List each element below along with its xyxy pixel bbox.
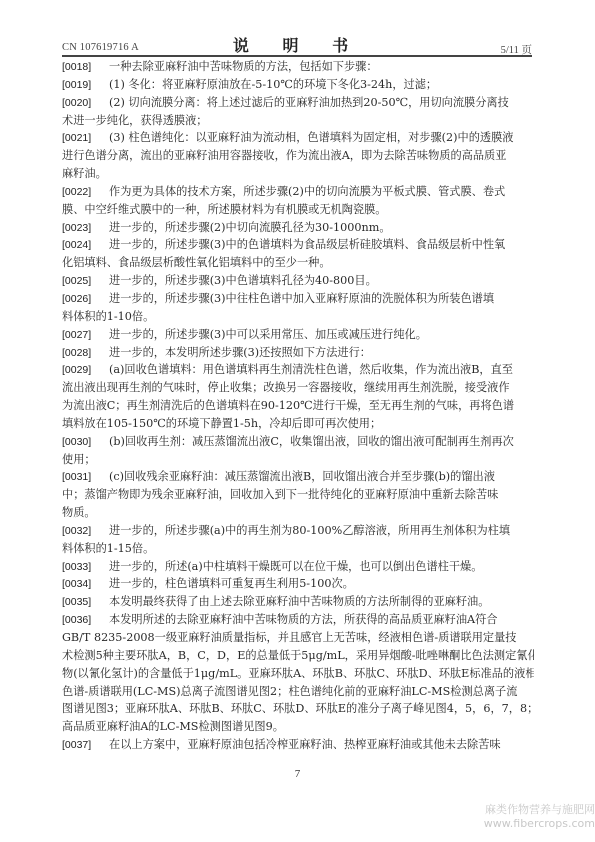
paragraph-text: 进行色谱分离，流出的亚麻籽油用容器接收，作为流出液A，即为去除苦味物质的高品质亚 [62,149,506,162]
paragraph-number: [0034] [62,576,109,593]
text-line: [0036]本发明所述的去除亚麻籽油中苦味物质的方法，所获得的高品质亚麻籽油A符… [62,611,534,629]
paragraph-text: 图谱见图3；亚麻环肽A、环肽B、环肽C、环肽D、环肽E的准分子离子峰见图4，5，… [62,702,534,715]
text-line: 化铝填料、食品级层析酸性氧化铝填料中的至少一种。 [62,254,534,272]
paragraph-number: [0021] [62,130,109,147]
paragraph-text: 流出液出现再生剂的气味时，停止收集；改换另一容器接收，继续用再生剂洗脱，接受液作 [62,381,510,394]
paragraph-text: GB/T 8235-2008一级亚麻籽油质量指标，并且感官上无苦味，经液相色谱-… [62,631,516,644]
paragraph-text: (1) 冬化：将亚麻籽原油放在-5-10℃的环境下冬化3-24h，过滤； [109,78,437,91]
paragraph-number: [0030] [62,434,109,451]
paragraph-number: [0026] [62,291,109,308]
paragraph-text: 本发明最终获得了由上述去除亚麻籽油中苦味物质的方法所制得的亚麻籽油。 [109,595,489,608]
paragraph-text: 中；蒸馏产物即为残余亚麻籽油，回收加入到下一批待纯化的亚麻籽原油中重新去除苦味 [62,488,498,501]
text-line: 膜、中空纤维式膜中的一种，所述膜材料为有机膜或无机陶瓷膜。 [62,201,534,219]
paragraph-text: 高品质亚麻籽油A的LC-MS检测图谱见图9。 [62,720,284,733]
paragraph-text: 为流出液C；再生剂清洗后的色谱填料在90-120℃进行干燥，至无再生剂的气味，再… [62,399,514,412]
paragraph-text: 进一步的，所述步骤(a)中的再生剂为80-100%乙醇溶液，所用再生剂体积为柱填 [109,524,510,537]
text-line: 使用； [62,451,534,469]
paragraph-text: 料体积的1-15倍。 [62,542,154,555]
paragraph-text: 术进一步纯化，获得透膜液； [62,114,207,127]
paragraph-number: [0031] [62,469,109,486]
text-line: 麻籽油。 [62,165,534,183]
text-line: [0018]一种去除亚麻籽油中苦味物质的方法，包括如下步骤： [62,58,534,76]
paragraph-number: [0028] [62,345,109,362]
page-number: 7 [0,768,595,780]
text-line: [0033]进一步的，所述(a)中柱填料干燥既可以在位干燥，也可以倒出色谱柱干燥… [62,558,534,576]
paragraph-text: 膜、中空纤维式膜中的一种，所述膜材料为有机膜或无机陶瓷膜。 [62,203,386,216]
text-line: 高品质亚麻籽油A的LC-MS检测图谱见图9。 [62,718,534,736]
paragraph-text: 进一步的，本发明所述步骤(3)还按照如下方法进行： [109,346,371,359]
text-line: [0023]进一步的，所述步骤(2)中切向流膜孔径为30-1000nm。 [62,219,534,237]
text-line: 物质。 [62,504,534,522]
paragraph-text: 进一步的，所述步骤(3)中色谱填料孔径为40-800目。 [109,274,377,287]
paragraph-number: [0018] [62,59,109,76]
text-line: GB/T 8235-2008一级亚麻籽油质量指标，并且感官上无苦味，经液相色谱-… [62,629,534,647]
paragraph-number: [0029] [62,362,109,379]
paragraph-number: [0036] [62,612,109,629]
text-line: 为流出液C；再生剂清洗后的色谱填料在90-120℃进行干燥，至无再生剂的气味，再… [62,397,534,415]
text-line: [0031](c)回收残余亚麻籽油：减压蒸馏流出液B，回收馏出液合并至步骤(b)… [62,468,534,486]
paragraph-number: [0033] [62,559,109,576]
paragraph-text: 进一步的，所述步骤(3)中往柱色谱中加入亚麻籽原油的洗脱体积为所装色谱填 [109,292,494,305]
paragraph-number: [0019] [62,77,109,94]
paragraph-number: [0024] [62,237,109,254]
text-line: 填料放在105-150℃的环境下静置1-5h，冷却后即可再次使用； [62,415,534,433]
text-line: 中；蒸馏产物即为残余亚麻籽油，回收加入到下一批待纯化的亚麻籽原油中重新去除苦味 [62,486,534,504]
text-line: 物(以氰化氢计)的含量低于1μg/mL。亚麻环肽A、环肽B、环肽C、环肽D、环肽… [62,665,534,683]
watermark: 麻类作物营养与施肥网 www.fibercrops.com [470,803,595,831]
paragraph-text: 进一步的，所述步骤(3)中可以采用常压、加压或减压进行纯化。 [109,328,427,341]
paragraph-text: (b)回收再生剂：减压蒸馏流出液C，收集馏出液，回收的馏出液可配制再生剂再次 [109,435,514,448]
paragraph-number: [0032] [62,523,109,540]
paragraph-text: 术检测5种主要环肽A，B，C，D，E的总量低于5μg/mL，采用异烟酸-吡唑啉酮… [62,649,534,662]
text-line: [0035]本发明最终获得了由上述去除亚麻籽油中苦味物质的方法所制得的亚麻籽油。 [62,593,534,611]
text-line: 流出液出现再生剂的气味时，停止收集；改换另一容器接收，继续用再生剂洗脱，接受液作 [62,379,534,397]
paragraph-number: [0037] [62,737,109,754]
text-line: [0022]作为更为具体的技术方案，所述步骤(2)中的切向流膜为平板式膜、管式膜… [62,183,534,201]
paragraph-text: 物(以氰化氢计)的含量低于1μg/mL。亚麻环肽A、环肽B、环肽C、环肽D、环肽… [62,667,534,680]
text-line: 术进一步纯化，获得透膜液； [62,112,534,130]
text-line: [0026]进一步的，所述步骤(3)中往柱色谱中加入亚麻籽原油的洗脱体积为所装色… [62,290,534,308]
document-body: [0018]一种去除亚麻籽油中苦味物质的方法，包括如下步骤：[0019](1) … [62,58,534,754]
paragraph-number: [0020] [62,95,109,112]
text-line: [0021](3) 柱色谱纯化：以亚麻籽油为流动相，色谱填料为固定相，对步骤(2… [62,129,534,147]
text-line: [0030](b)回收再生剂：减压蒸馏流出液C，收集馏出液，回收的馏出液可配制再… [62,433,534,451]
text-line: [0037]在以上方案中，亚麻籽原油包括冷榨亚麻籽油、热榨亚麻籽油或其他未去除苦… [62,736,534,754]
paragraph-text: 化铝填料、食品级层析酸性氧化铝填料中的至少一种。 [62,256,331,269]
text-line: 色谱-质谱联用(LC-MS)总离子流图谱见图2；柱色谱纯化前的亚麻籽油LC-MS… [62,683,534,701]
paragraph-number: [0022] [62,184,109,201]
text-line: 进行色谱分离，流出的亚麻籽油用容器接收，作为流出液A，即为去除苦味物质的高品质亚 [62,147,534,165]
paragraph-text: (c)回收残余亚麻籽油：减压蒸馏流出液B，回收馏出液合并至步骤(b)的馏出液 [109,470,495,483]
paragraph-text: (2) 切向流膜分离：将上述过滤后的亚麻籽油加热到20-50℃，用切向流膜分离技 [109,96,509,109]
text-line: 图谱见图3；亚麻环肽A、环肽B、环肽C、环肽D、环肽E的准分子离子峰见图4，5，… [62,700,534,718]
paragraph-text: 进一步的，所述步骤(3)中的色谱填料为食品级层析硅胶填料、食品级层析中性氧 [109,238,505,251]
text-line: [0034]进一步的，柱色谱填料可重复再生利用5-100次。 [62,575,534,593]
paragraph-text: 一种去除亚麻籽油中苦味物质的方法，包括如下步骤： [109,60,378,73]
text-line: [0029](a)回收色谱填料：用色谱填料再生剂清洗柱色谱，然后收集，作为流出液… [62,361,534,379]
paragraph-text: 进一步的，柱色谱填料可重复再生利用5-100次。 [109,577,354,590]
paragraph-text: 物质。 [62,506,96,519]
text-line: [0032]进一步的，所述步骤(a)中的再生剂为80-100%乙醇溶液，所用再生… [62,522,534,540]
text-line: [0020](2) 切向流膜分离：将上述过滤后的亚麻籽油加热到20-50℃，用切… [62,94,534,112]
paragraph-number: [0035] [62,594,109,611]
paragraph-text: 填料放在105-150℃的环境下静置1-5h，冷却后即可再次使用； [62,417,381,430]
paragraph-number: [0027] [62,327,109,344]
paragraph-text: (3) 柱色谱纯化：以亚麻籽油为流动相，色谱填料为固定相，对步骤(2)中的透膜液 [109,131,513,144]
paragraph-text: 进一步的，所述步骤(2)中切向流膜孔径为30-1000nm。 [109,221,391,234]
paragraph-text: 本发明所述的去除亚麻籽油中苦味物质的方法，所获得的高品质亚麻籽油A符合 [109,613,497,626]
header-divider [62,55,532,57]
text-line: 料体积的1-10倍。 [62,308,534,326]
text-line: 术检测5种主要环肽A，B，C，D，E的总量低于5μg/mL，采用异烟酸-吡唑啉酮… [62,647,534,665]
paragraph-text: 麻籽油。 [62,167,107,180]
text-line: [0019](1) 冬化：将亚麻籽原油放在-5-10℃的环境下冬化3-24h，过… [62,76,534,94]
paragraph-number: [0023] [62,220,109,237]
paragraph-text: 色谱-质谱联用(LC-MS)总离子流图谱见图2；柱色谱纯化前的亚麻籽油LC-MS… [62,685,517,698]
text-line: [0025]进一步的，所述步骤(3)中色谱填料孔径为40-800目。 [62,272,534,290]
text-line: 料体积的1-15倍。 [62,540,534,558]
watermark-url: www.fibercrops.com [470,817,595,831]
paragraph-text: 进一步的，所述(a)中柱填料干燥既可以在位干燥，也可以倒出色谱柱干燥。 [109,560,482,573]
paragraph-text: 使用； [62,453,96,466]
paragraph-text: 在以上方案中，亚麻籽原油包括冷榨亚麻籽油、热榨亚麻籽油或其他未去除苦味 [109,738,501,751]
text-line: [0027]进一步的，所述步骤(3)中可以采用常压、加压或减压进行纯化。 [62,326,534,344]
watermark-title: 麻类作物营养与施肥网 [470,803,595,817]
paragraph-text: 料体积的1-10倍。 [62,310,154,323]
text-line: [0024]进一步的，所述步骤(3)中的色谱填料为食品级层析硅胶填料、食品级层析… [62,236,534,254]
paragraph-text: (a)回收色谱填料：用色谱填料再生剂清洗柱色谱，然后收集，作为流出液B，直至 [109,363,513,376]
paragraph-number: [0025] [62,273,109,290]
paragraph-text: 作为更为具体的技术方案，所述步骤(2)中的切向流膜为平板式膜、管式膜、卷式 [109,185,505,198]
text-line: [0028]进一步的，本发明所述步骤(3)还按照如下方法进行： [62,344,534,362]
